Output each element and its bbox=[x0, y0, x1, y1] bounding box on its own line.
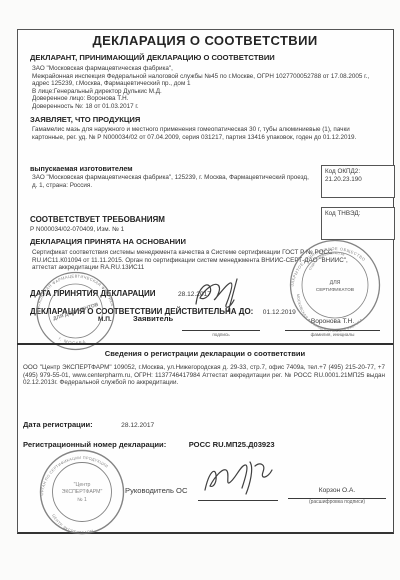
applicant-signature-line bbox=[182, 330, 260, 331]
product-heading: ЗАЯВЛЯЕТ, ЧТО ПРОДУКЦИЯ bbox=[30, 116, 140, 125]
product-description: Гамамелис мазь для наружного и местного … bbox=[32, 126, 384, 141]
certification-head-signature bbox=[200, 458, 275, 500]
registration-date-label: Дата регистрации: bbox=[23, 420, 93, 429]
manufacturer-details: ЗАО "Московская фармацевтическая фабрика… bbox=[32, 174, 312, 189]
expertpharm-round-stamp: ОРГАН ПО СЕРТИФИКАЦИИ ПРОДУКЦИИ ЦЕНТР ЭК… bbox=[36, 448, 128, 536]
conformity-reference: Р N000034/02-070409, Изм. № 1 bbox=[30, 226, 124, 234]
declarant-registration: Межрайонная инспекция Федеральной налого… bbox=[32, 73, 382, 88]
okpd2-code-box: Код ОКПД2: 21.20.23.190 bbox=[321, 165, 395, 198]
declarant-heading: ДЕКЛАРАНТ, ПРИНИМАЮЩИЙ ДЕКЛАРАЦИЮ О СООТ… bbox=[30, 54, 275, 63]
registration-date-value: 28.12.2017 bbox=[121, 422, 154, 429]
applicant-signature bbox=[190, 274, 252, 312]
certificates-stamp-center-line2: СЕРТИФИКАТОВ bbox=[316, 287, 355, 292]
applicant-name-caption: фамилия, инициалы bbox=[285, 332, 380, 337]
conformity-heading: СООТВЕТСТВУЕТ ТРЕБОВАНИЯМ bbox=[30, 215, 165, 224]
certification-head-name-caption: (расшифровка подписи) bbox=[288, 500, 386, 505]
svg-text:МОСКОВСКАЯ ФАРМАЦЕВТИЧЕСКАЯ ФА: МОСКОВСКАЯ ФАРМАЦЕВТИЧЕСКАЯ ФАБРИКА bbox=[296, 294, 364, 332]
declarant-name: ЗАО "Московская фармацевтическая фабрика… bbox=[32, 65, 382, 73]
certification-head-role-label: Руководитель ОС bbox=[125, 487, 187, 496]
tnved-code-box: Код ТНВЭД: bbox=[321, 207, 395, 240]
expertpharm-stamp-center-line2: ЭКСПЕРТФАРМ" bbox=[62, 489, 103, 495]
declarant-proxy-number: Доверенность №: 18 от 01.03.2017 г. bbox=[32, 103, 382, 111]
okpd2-value: 21.20.23.190 bbox=[325, 176, 391, 184]
certification-head-signature-line bbox=[198, 500, 278, 501]
svg-text:МОСКОВСКАЯ ФАРМАЦЕВТИЧЕСКАЯ ФА: МОСКОВСКАЯ ФАРМАЦЕВТИЧЕСКАЯ ФАБРИКА bbox=[35, 273, 115, 314]
certificates-stamp-center-line1: ДЛЯ bbox=[330, 280, 341, 286]
declarant-director: В лице:Генеральный директор Дулькис М.Д. bbox=[32, 88, 382, 96]
manufacturer-heading: выпускаемая изготовителем bbox=[30, 165, 133, 173]
registration-heading: Сведения о регистрации декларации о соот… bbox=[17, 350, 393, 359]
declarant-details: ЗАО "Московская фармацевтическая фабрика… bbox=[32, 65, 382, 110]
certificates-round-stamp: ЗАКРЫТОЕ АКЦИОНЕРНОЕ ОБЩЕСТВО МОСКОВСКАЯ… bbox=[285, 238, 385, 332]
registration-date-row: Дата регистрации: 28.12.2017 bbox=[23, 414, 154, 432]
registration-body-text: ООО "Центр ЭКСПЕРТФАРМ" 109052, г.Москва… bbox=[23, 364, 385, 387]
certification-head-name: Корзон О.А. bbox=[288, 487, 386, 495]
documents-stamp-ring-text: МОСКОВСКАЯ ФАРМАЦЕВТИЧЕСКАЯ ФАБРИКА bbox=[35, 273, 115, 314]
expertpharm-stamp-ring-bottom-text: ЦЕНТР ЭКСПЕРТФАРМ bbox=[51, 514, 94, 535]
expertpharm-stamp-center-line1: "Центр bbox=[74, 482, 91, 488]
expertpharm-stamp-center-line3: № 1 bbox=[77, 497, 87, 503]
certificates-stamp-ring-bottom-text: МОСКОВСКАЯ ФАРМАЦЕВТИЧЕСКАЯ ФАБРИКА bbox=[296, 294, 364, 332]
declarant-proxy-person: Доверенное лицо: Воронова Т.Н. bbox=[32, 95, 382, 103]
documents-round-stamp: МОСКОВСКАЯ ФАРМАЦЕВТИЧЕСКАЯ ФАБРИКА г. М… bbox=[33, 270, 118, 352]
applicant-signature-caption: подпись bbox=[182, 332, 260, 337]
section-divider bbox=[17, 343, 393, 345]
applicant-role-label: Заявитель bbox=[133, 315, 173, 324]
svg-text:ЦЕНТР ЭКСПЕРТФАРМ: ЦЕНТР ЭКСПЕРТФАРМ bbox=[51, 514, 94, 535]
scanned-declaration-document: ДЕКЛАРАЦИЯ О СООТВЕТСТВИИ ДЕКЛАРАНТ, ПРИ… bbox=[0, 0, 400, 580]
basis-heading: ДЕКЛАРАЦИЯ ПРИНЯТА НА ОСНОВАНИИ bbox=[30, 238, 186, 247]
okpd2-label: Код ОКПД2: bbox=[325, 168, 391, 176]
documents-stamp-center-text: ДЛЯ ДОКУМЕНТОВ bbox=[52, 302, 99, 322]
tnved-label: Код ТНВЭД: bbox=[325, 210, 391, 218]
document-title: ДЕКЛАРАЦИЯ О СООТВЕТСТВИИ bbox=[17, 33, 393, 48]
registration-number-value: РОСС RU.МП25.Д03923 bbox=[189, 440, 275, 449]
